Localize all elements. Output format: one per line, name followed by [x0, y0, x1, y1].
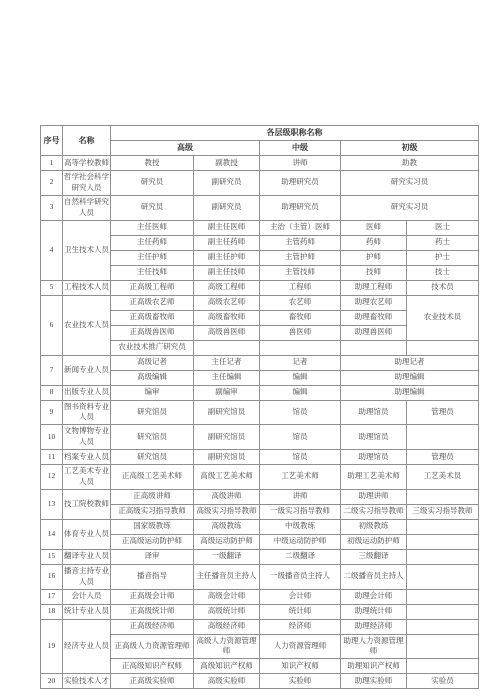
title-cell: 高级记者 [111, 355, 194, 370]
title-cell: 会计师 [260, 589, 341, 604]
row-number: 6 [41, 295, 63, 355]
title-cell: 播音指导 [111, 564, 194, 589]
title-cell: 副主任医师 [194, 220, 260, 235]
title-cell: 护师 [341, 250, 407, 265]
title-cell: 高级统计师 [194, 604, 260, 619]
title-cell: 助理实验师 [341, 674, 407, 689]
title-cell: 馆员 [260, 425, 341, 450]
title-cell: 副教授 [194, 156, 260, 171]
title-cell: 高级兽医师 [194, 325, 260, 340]
title-cell: 高级农艺师 [194, 295, 260, 310]
title-cell: 技师 [341, 265, 407, 280]
row-number: 2 [41, 171, 63, 196]
table-row: 4卫生技术人员主任医师副主任医师主治（主管）医师医师医士 [41, 220, 479, 235]
title-cell: 研究馆员 [111, 425, 194, 450]
title-cell: 技术员 [407, 280, 479, 295]
table-row: 19经济专业人员正高级经济师高级经济师经济师助理经济师 [41, 619, 479, 634]
table-row: 13技工院校教师正高级讲师高级讲师讲师助理讲师 [41, 489, 479, 504]
title-cell: 副研究员 [194, 171, 260, 196]
row-number: 5 [41, 280, 63, 295]
category-name: 工程技术人员 [63, 280, 111, 295]
row-number: 4 [41, 220, 63, 280]
row-number: 20 [41, 674, 63, 689]
category-name: 档案专业人员 [63, 450, 111, 465]
table-row: 11档案专业人员研究馆员副研究馆员馆员助理馆员管理员 [41, 450, 479, 465]
title-cell: 研究馆员 [111, 450, 194, 465]
title-cell: 高级教练 [194, 519, 260, 534]
title-cell: 高级编辑 [111, 370, 194, 385]
title-cell: 高级经济师 [194, 619, 260, 634]
title-cell: 技士 [407, 265, 479, 280]
title-cell: 医士 [407, 220, 479, 235]
title-cell: 高级工程师 [194, 280, 260, 295]
table-row: 20实验技术人才正高级实验师高级实验师实验师助理实验师实验员 [41, 674, 479, 689]
category-name: 体育专业人员 [63, 519, 111, 549]
table-body: 1高等学校教师教授副教授讲师助教2哲学社会科学研究人员研究员副研究员助理研究员研… [41, 156, 479, 689]
title-cell: 国家级教练 [111, 519, 194, 534]
title-cell: 研究员 [111, 171, 194, 196]
row-number: 12 [41, 465, 63, 490]
table-header: 序号 名称 各层级职称名称 高级 中级 初级 [41, 126, 479, 156]
category-name: 出版专业人员 [63, 385, 111, 400]
title-cell: 正高级运动防护师 [111, 534, 194, 549]
empty-cell [407, 519, 479, 534]
title-cell: 主治（主管）医师 [260, 220, 341, 235]
title-cell: 主任编辑 [194, 370, 260, 385]
category-name: 哲学社会科学研究人员 [63, 171, 111, 196]
title-cell: 高级讲师 [194, 489, 260, 504]
title-cell: 农业技术推广研究员 [111, 340, 194, 355]
empty-cell [260, 340, 341, 355]
table-row: 18统计专业人员正高级统计师高级统计师统计师助理统计师 [41, 604, 479, 619]
title-cell: 助理记者 [341, 355, 479, 370]
professional-titles-table: 序号 名称 各层级职称名称 高级 中级 初级 1高等学校教师教授副教授讲师助教2… [40, 125, 479, 689]
title-cell: 三级翻译 [341, 549, 407, 564]
title-cell: 主管药师 [260, 235, 341, 250]
title-cell: 研究实习员 [341, 171, 479, 196]
title-cell: 副编审 [194, 385, 260, 400]
title-cell: 主任医师 [111, 220, 194, 235]
table-row: 3自然科学研究人员研究员副研究员助理研究员研究实习员 [41, 195, 479, 220]
category-name: 工艺美术专业人员 [63, 465, 111, 490]
title-cell: 高级知识产权师 [194, 659, 260, 674]
title-cell: 二级播音员主持人 [341, 564, 407, 589]
category-name: 经济专业人员 [63, 619, 111, 674]
title-cell: 编审 [111, 385, 194, 400]
document-page: 序号 名称 各层级职称名称 高级 中级 初级 1高等学校教师教授副教授讲师助教2… [0, 0, 495, 700]
title-cell: 研究实习员 [341, 195, 479, 220]
title-cell: 高级会计师 [194, 589, 260, 604]
title-cell: 正高级讲师 [111, 489, 194, 504]
title-cell: 护士 [407, 250, 479, 265]
title-cell: 副研究馆员 [194, 450, 260, 465]
empty-cell [341, 340, 407, 355]
title-cell: 高级运动防护师 [194, 534, 260, 549]
title-cell: 编辑 [260, 370, 341, 385]
title-cell: 管理员 [407, 400, 479, 425]
table-row: 10文物博物专业人员研究馆员副研究馆员馆员助理馆员 [41, 425, 479, 450]
table-row: 1高等学校教师教授副教授讲师助教 [41, 156, 479, 171]
title-cell: 助理讲师 [341, 489, 407, 504]
title-cell: 正高级工艺美术师 [111, 465, 194, 490]
category-name: 图书资料专业人员 [63, 400, 111, 425]
empty-cell [407, 549, 479, 564]
title-cell: 记者 [260, 355, 341, 370]
title-cell: 初级教练 [341, 519, 407, 534]
title-cell: 助理编辑 [341, 385, 479, 400]
title-cell: 高级人力资源管理师 [194, 634, 260, 659]
title-cell: 农艺师 [260, 295, 341, 310]
title-cell: 中级教练 [260, 519, 341, 534]
title-cell: 助理研究员 [260, 195, 341, 220]
title-cell: 正高级畜牧师 [111, 310, 194, 325]
title-cell: 工艺美术师 [260, 465, 341, 490]
empty-cell [407, 619, 479, 634]
title-cell: 中级运动防护师 [260, 534, 341, 549]
title-cell: 研究员 [111, 195, 194, 220]
header-middle: 中级 [260, 141, 341, 156]
title-cell: 初级运动防护师 [341, 534, 407, 549]
title-cell: 正高级兽医师 [111, 325, 194, 340]
empty-cell [407, 564, 479, 589]
title-cell: 药士 [407, 235, 479, 250]
title-cell: 高级实习指导教师 [194, 504, 260, 519]
title-cell: 副研究员 [194, 195, 260, 220]
title-cell: 工艺美术员 [407, 465, 479, 490]
table-row: 7新闻专业人员高级记者主任记者记者助理记者 [41, 355, 479, 370]
title-cell: 译审 [111, 549, 194, 564]
title-cell: 助理会计师 [341, 589, 407, 604]
title-cell: 正高级经济师 [111, 619, 194, 634]
table-row: 12工艺美术专业人员正高级工艺美术师高级工艺美术师工艺美术师助理工艺美术师工艺美… [41, 465, 479, 490]
title-cell: 主管技师 [260, 265, 341, 280]
title-cell: 人力资源管理师 [260, 634, 341, 659]
row-number: 1 [41, 156, 63, 171]
title-cell: 讲师 [260, 489, 341, 504]
title-cell: 经济师 [260, 619, 341, 634]
category-name: 文物博物专业人员 [63, 425, 111, 450]
title-cell: 正高级知识产权师 [111, 659, 194, 674]
title-cell: 畜牧师 [260, 310, 341, 325]
title-cell: 二级实习指导教师 [341, 504, 407, 519]
empty-cell [407, 604, 479, 619]
title-cell: 助理统计师 [341, 604, 407, 619]
title-cell: 副主任药师 [194, 235, 260, 250]
empty-cell [407, 659, 479, 674]
category-name: 技工院校教师 [63, 489, 111, 519]
category-name: 新闻专业人员 [63, 355, 111, 385]
title-cell: 一级翻译 [194, 549, 260, 564]
table-row: 5工程技术人员正高级工程师高级工程师工程师助理工程师技术员 [41, 280, 479, 295]
table-row: 2哲学社会科学研究人员研究员副研究员助理研究员研究实习员 [41, 171, 479, 196]
title-cell: 副研究馆员 [194, 425, 260, 450]
category-name: 实验技术人才 [63, 674, 111, 689]
row-number: 7 [41, 355, 63, 385]
empty-cell [407, 340, 479, 355]
category-name: 农业技术人员 [63, 295, 111, 355]
title-cell: 助理研究员 [260, 171, 341, 196]
empty-cell [407, 489, 479, 504]
table-row: 6农业技术人员正高级农艺师高级农艺师农艺师助理农艺师农业技术员 [41, 295, 479, 310]
title-cell: 正高级农艺师 [111, 295, 194, 310]
title-cell: 高级实验师 [194, 674, 260, 689]
row-number: 17 [41, 589, 63, 604]
title-cell: 实验师 [260, 674, 341, 689]
title-cell: 正高级工程师 [111, 280, 194, 295]
header-senior: 高级 [111, 141, 260, 156]
table-row: 14体育专业人员国家级教练高级教练中级教练初级教练 [41, 519, 479, 534]
row-number: 15 [41, 549, 63, 564]
title-cell: 管理员 [407, 450, 479, 465]
title-cell: 助理畜牧师 [341, 310, 407, 325]
title-cell: 副研究馆员 [194, 400, 260, 425]
table-row: 17会计人员正高级会计师高级会计师会计师助理会计师 [41, 589, 479, 604]
title-cell: 馆员 [260, 450, 341, 465]
row-number: 8 [41, 385, 63, 400]
header-name: 名称 [63, 126, 111, 156]
table-row: 15翻译专业人员译审一级翻译二级翻译三级翻译 [41, 549, 479, 564]
title-cell: 助理农艺师 [341, 295, 407, 310]
table-row: 16播音主持专业人员播音指导主任播音员主持人一级播音员主持人二级播音员主持人 [41, 564, 479, 589]
title-cell: 助理兽医师 [341, 325, 407, 340]
empty-cell [407, 634, 479, 659]
title-cell: 主任技师 [111, 265, 194, 280]
row-number: 9 [41, 400, 63, 425]
title-cell: 主管护师 [260, 250, 341, 265]
title-cell: 统计师 [260, 604, 341, 619]
row-number: 3 [41, 195, 63, 220]
title-cell: 工程师 [260, 280, 341, 295]
category-name: 统计专业人员 [63, 604, 111, 619]
title-cell: 副主任护师 [194, 250, 260, 265]
title-cell: 助理知识产权师 [341, 659, 407, 674]
row-number: 10 [41, 425, 63, 450]
row-number: 13 [41, 489, 63, 519]
title-cell: 讲师 [260, 156, 341, 171]
title-cell: 一级实习指导教师 [260, 504, 341, 519]
title-cell: 助理编辑 [341, 370, 479, 385]
title-cell: 编辑 [260, 385, 341, 400]
title-cell: 主任记者 [194, 355, 260, 370]
row-number: 14 [41, 519, 63, 549]
header-titles-group: 各层级职称名称 [111, 126, 479, 141]
title-cell: 助教 [341, 156, 479, 171]
table-row: 9图书资料专业人员研究馆员副研究馆员馆员助理馆员管理员 [41, 400, 479, 425]
empty-cell [407, 534, 479, 549]
title-cell: 医师 [341, 220, 407, 235]
title-cell: 馆员 [260, 400, 341, 425]
row-number: 16 [41, 564, 63, 589]
title-cell: 助理工程师 [341, 280, 407, 295]
title-cell: 主任药师 [111, 235, 194, 250]
title-cell: 副主任技师 [194, 265, 260, 280]
empty-cell [194, 340, 260, 355]
title-cell: 正高级统计师 [111, 604, 194, 619]
title-cell: 高级工艺美术师 [194, 465, 260, 490]
title-cell: 助理馆员 [341, 450, 407, 465]
category-name: 自然科学研究人员 [63, 195, 111, 220]
title-cell: 三级实习指导教师 [407, 504, 479, 519]
category-name: 卫生技术人员 [63, 220, 111, 280]
row-number: 18 [41, 604, 63, 619]
title-cell: 教授 [111, 156, 194, 171]
title-cell: 主任播音员主持人 [194, 564, 260, 589]
category-name: 翻译专业人员 [63, 549, 111, 564]
table-row: 8出版专业人员编审副编审编辑助理编辑 [41, 385, 479, 400]
title-cell: 农业技术员 [407, 295, 479, 340]
title-cell: 助理经济师 [341, 619, 407, 634]
title-cell: 助理工艺美术师 [341, 465, 407, 490]
title-cell: 助理馆员 [341, 425, 407, 450]
title-cell: 高级畜牧师 [194, 310, 260, 325]
empty-cell [407, 589, 479, 604]
title-cell: 助理人力资源管理师 [341, 634, 407, 659]
title-cell: 正高级实验师 [111, 674, 194, 689]
row-number: 19 [41, 619, 63, 674]
title-cell: 正高级会计师 [111, 589, 194, 604]
title-cell: 主任护师 [111, 250, 194, 265]
title-cell: 助理馆员 [341, 400, 407, 425]
category-name: 会计人员 [63, 589, 111, 604]
empty-cell [407, 425, 479, 450]
title-cell: 药师 [341, 235, 407, 250]
title-cell: 兽医师 [260, 325, 341, 340]
title-cell: 二级翻译 [260, 549, 341, 564]
title-cell: 正高级人力资源管理师 [111, 634, 194, 659]
row-number: 11 [41, 450, 63, 465]
title-cell: 一级播音员主持人 [260, 564, 341, 589]
header-junior: 初级 [341, 141, 479, 156]
title-cell: 知识产权师 [260, 659, 341, 674]
title-cell: 研究馆员 [111, 400, 194, 425]
category-name: 高等学校教师 [63, 156, 111, 171]
title-cell: 正高级实习指导教师 [111, 504, 194, 519]
title-cell: 实验员 [407, 674, 479, 689]
header-no: 序号 [41, 126, 63, 156]
header-row-1: 序号 名称 各层级职称名称 [41, 126, 479, 141]
category-name: 播音主持专业人员 [63, 564, 111, 589]
